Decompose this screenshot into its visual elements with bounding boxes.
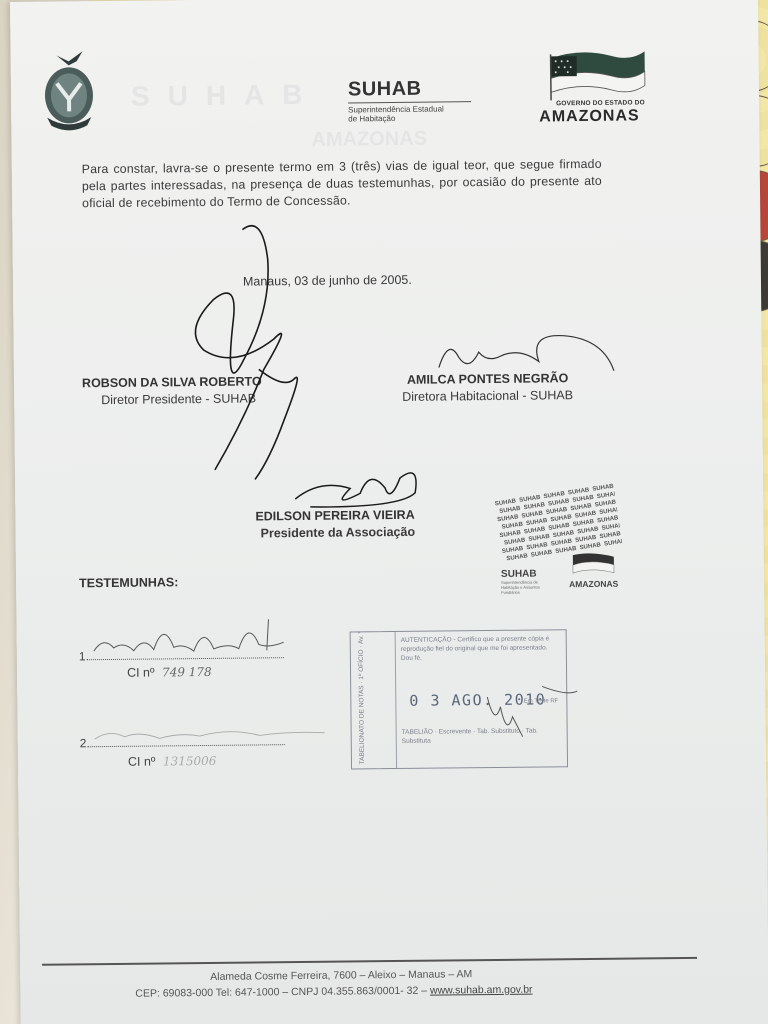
stamp-org-subtitle: Superintendência de Habitação e Assuntos… [501, 579, 551, 595]
org-name-line1: Superintendência Estadual [348, 104, 444, 114]
signatory-2-name: AMILCA PONTES NEGRÃO [407, 371, 568, 387]
witness-2-number: 2. [80, 736, 90, 750]
bleed-through-text: AMAZONAS [311, 128, 427, 152]
witness-2-line: 2. [80, 734, 285, 750]
amazonas-flag-icon [540, 45, 651, 102]
place-date: Manaus, 03 de junho de 2005. [243, 273, 412, 289]
ci-value: 749 178 [162, 665, 212, 680]
gov-state-name: AMAZONAS [539, 107, 640, 126]
signature-robson [172, 219, 315, 490]
notary-vertical-text: TABELIONATO DE NOTAS · 1º OFÍCIO · Av. V… [351, 632, 397, 768]
footer-address: Alameda Cosme Ferreira, 7600 – Aleixo – … [210, 968, 472, 983]
signatory-3-name: EDILSON PEREIRA VIEIRA [255, 508, 414, 524]
witness-1-number: 1. [79, 649, 89, 663]
signatory-1-name: ROBSON DA SILVA ROBERTO [82, 374, 262, 390]
stamp-org-acronym: SUHAB [501, 569, 537, 580]
footer-contact: CEP: 69083-000 Tel: 647-1000 – CNPJ 04.3… [135, 984, 532, 1000]
document-page: SUHAB AMAZONAS SUHAB Superintendência Es… [10, 0, 768, 1024]
org-name-line2: de Habitação [348, 113, 444, 123]
org-acronym: SUHAB [348, 78, 422, 102]
witness-2-ci: CI nº 1315006 [128, 754, 217, 769]
notary-signers-text: TABELIÃO · Escrevente · Tab. Substituto … [402, 726, 564, 746]
witnesses-label: TESTEMUNHAS: [79, 575, 178, 590]
state-coat-of-arms-icon [38, 45, 99, 138]
ci-value: 1315006 [163, 754, 217, 769]
footer-contact-text: CEP: 69083-000 Tel: 647-1000 – CNPJ 04.3… [135, 985, 430, 1000]
gov-label: GOVERNO DO ESTADO DO [556, 99, 645, 107]
footer-divider [42, 957, 697, 966]
header-divider [348, 101, 471, 103]
signature-dotted-line [90, 744, 285, 747]
org-full-name: Superintendência Estadual de Habitação [348, 104, 444, 123]
amazonas-flag-icon [571, 551, 616, 577]
signatory-2-role: Diretora Habitacional - SUHAB [402, 388, 573, 404]
notary-authentication-stamp: TABELIONATO DE NOTAS · 1º OFÍCIO · Av. V… [350, 629, 568, 769]
stamp-gov-name: AMAZONAS [569, 579, 618, 590]
bleed-through-text: SUHAB [131, 79, 321, 113]
notary-authentication-text: AUTENTICAÇÃO - Certifico que a presente … [401, 634, 561, 663]
witness-1-ci: CI nº 749 178 [127, 665, 212, 680]
body-paragraph: Para constar, lavra-se o presente termo … [82, 156, 603, 212]
ci-label: CI nº [127, 666, 155, 680]
witness-1-line: 1. [79, 647, 284, 663]
signatory-3-role: Presidente da Associação [261, 525, 416, 541]
website-link[interactable]: www.suhab.am.gov.br [430, 984, 533, 997]
signatory-1-role: Diretor Presidente - SUHAB [101, 391, 256, 407]
signature-dotted-line [89, 657, 284, 660]
ci-label: CI nº [128, 755, 156, 769]
notary-ref: Em Teste RF [524, 698, 559, 704]
